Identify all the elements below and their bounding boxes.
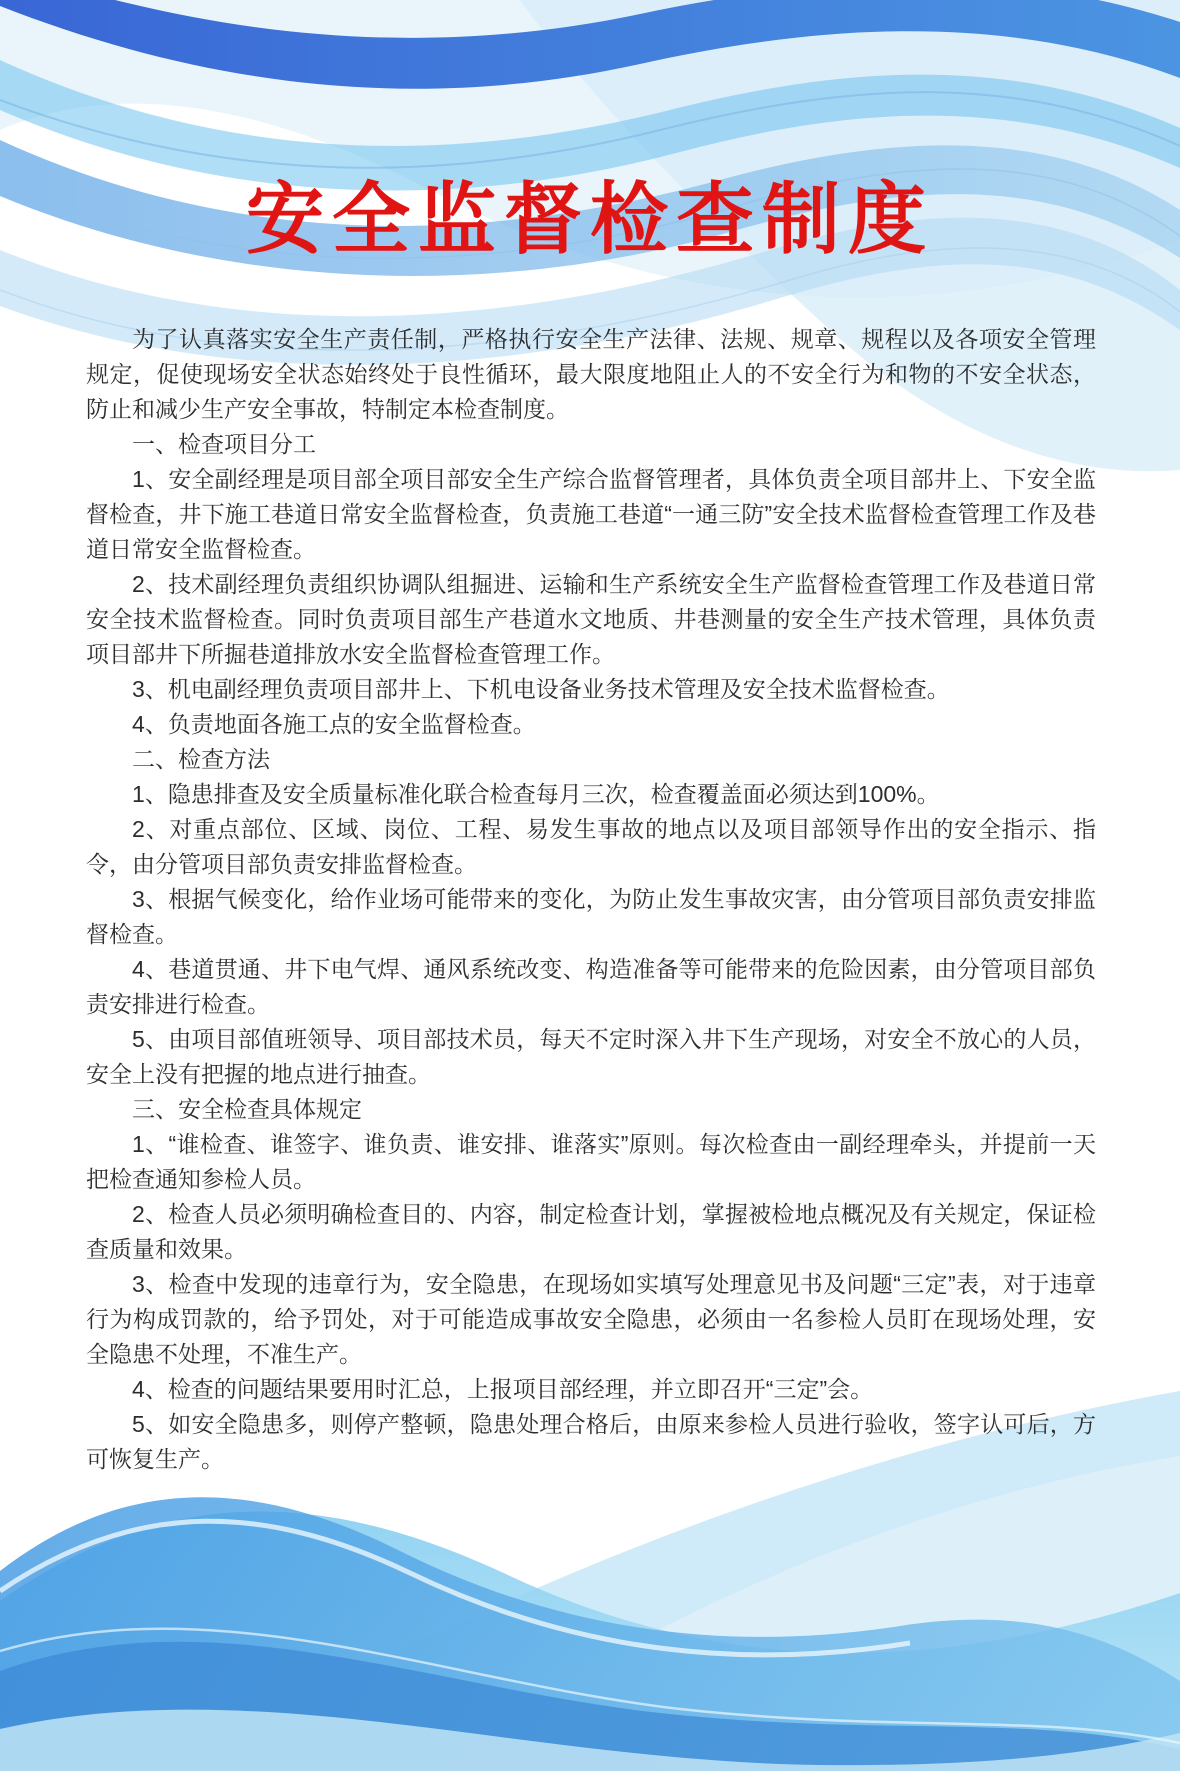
document-body: 为了认真落实安全生产责任制，严格执行安全生产法律、法规、规章、规程以及各项安全管… bbox=[86, 322, 1096, 1477]
fine-line-1 bbox=[0, 92, 1180, 168]
deep-accent-band bbox=[0, 1642, 1180, 1771]
paragraph: 5、由项目部值班领导、项目部技术员，每天不定时深入井下生产现场，对安全不放心的人… bbox=[86, 1022, 1096, 1092]
paragraph: 4、巷道贯通、井下电气焊、通风系统改变、构造准备等可能带来的危险因素，由分管项目… bbox=[86, 952, 1096, 1022]
blue-wave-shape bbox=[0, 1497, 1180, 1771]
pale-overlay-band bbox=[0, 1710, 1180, 1771]
poster-page: 安全监督检查制度 为了认真落实安全生产责任制，严格执行安全生产法律、法规、规章、… bbox=[0, 0, 1180, 1771]
section-heading: 二、检查方法 bbox=[86, 742, 1096, 777]
paragraph: 1、隐患排查及安全质量标准化联合检查每月三次，检查覆盖面必须达到100%。 bbox=[86, 777, 1096, 812]
deep-wave-ribbon bbox=[0, 0, 1180, 89]
paragraph: 1、“谁检查、谁签字、谁负责、谁安排、谁落实”原则。每次检查由一副经理牵头，并提… bbox=[86, 1127, 1096, 1197]
paragraph: 3、检查中发现的违章行为，安全隐患，在现场如实填写处理意见书及问题“三定”表，对… bbox=[86, 1267, 1096, 1372]
cyan-wave-ribbon bbox=[0, 60, 1180, 190]
paragraph: 5、如安全隐患多，则停产整顿，隐患处理合格后，由原来参检人员进行验收，签字认可后… bbox=[86, 1407, 1096, 1477]
paragraph: 2、对重点部位、区域、岗位、工程、易发生事故的地点以及项目部领导作出的安全指示、… bbox=[86, 812, 1096, 882]
cyan-wave-shape bbox=[0, 1512, 1180, 1771]
paragraph: 2、检查人员必须明确检查目的、内容，制定检查计划，掌握被检地点概况及有关规定，保… bbox=[86, 1197, 1096, 1267]
paragraph: 2、技术副经理负责组织协调队组掘进、运输和生产系统安全生产监督检查管理工作及巷道… bbox=[86, 567, 1096, 672]
paragraph: 3、机电副经理负责项目部井上、下机电设备业务技术管理及安全技术监督检查。 bbox=[86, 672, 1096, 707]
fine-line-bottom bbox=[0, 1629, 1180, 1743]
page-title: 安全监督检查制度 bbox=[0, 176, 1180, 263]
paragraph: 4、负责地面各施工点的安全监督检查。 bbox=[86, 707, 1096, 742]
section-heading: 一、检查项目分工 bbox=[86, 427, 1096, 462]
paragraph: 1、安全副经理是项目部全项目部安全生产综合监督管理者，具体负责全项目部井上、下安… bbox=[86, 462, 1096, 567]
section-heading: 三、安全检查具体规定 bbox=[86, 1092, 1096, 1127]
paragraph: 3、根据气候变化，给作业场可能带来的变化，为防止发生事故灾害，由分管项目部负责安… bbox=[86, 882, 1096, 952]
highlight-line bbox=[0, 1521, 910, 1655]
paragraph: 4、检查的问题结果要用时汇总，上报项目部经理，并立即召开“三定”会。 bbox=[86, 1372, 1096, 1407]
paragraph: 为了认真落实安全生产责任制，严格执行安全生产法律、法规、规章、规程以及各项安全管… bbox=[86, 322, 1096, 427]
